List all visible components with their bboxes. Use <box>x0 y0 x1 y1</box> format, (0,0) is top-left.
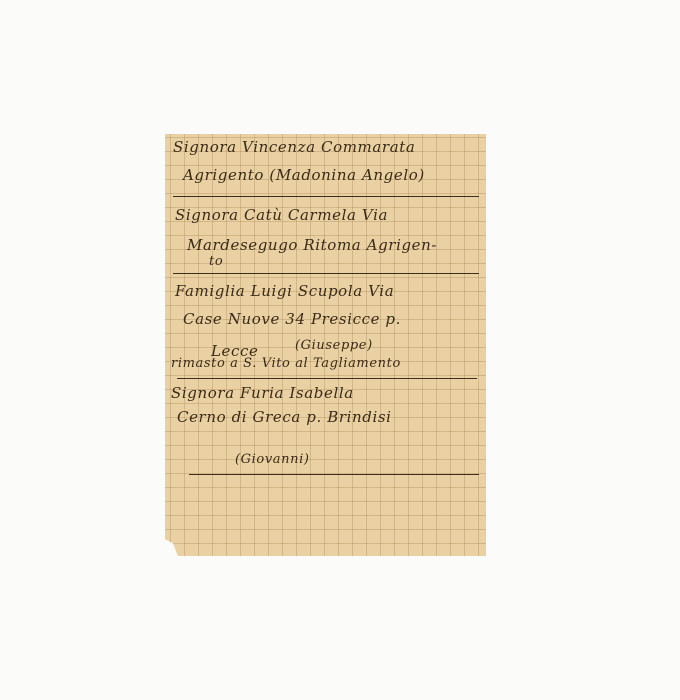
entry-4-line-1: Signora Furia Isabella <box>171 384 354 402</box>
divider-rule-3 <box>177 378 477 379</box>
entry-2-line-3: to <box>209 254 223 269</box>
entry-3-line-2: Case Nuove 34 Presicce p. <box>183 310 401 328</box>
handwritten-note-paper: Signora Vincenza Commarata Agrigento (Ma… <box>165 134 486 556</box>
entry-3-line-4: (Giuseppe) <box>295 338 373 353</box>
divider-rule-4 <box>189 474 479 475</box>
entry-1-line-1: Signora Vincenza Commarata <box>173 138 415 156</box>
entry-4-line-2: Cerno di Greca p. Brindisi <box>177 408 392 426</box>
entry-3-line-1: Famiglia Luigi Scupola Via <box>175 282 394 300</box>
divider-rule-1 <box>173 196 479 197</box>
entry-2-line-1: Signora Catù Carmela Via <box>175 206 388 224</box>
entry-1-line-2: Agrigento (Madonina Angelo) <box>183 166 425 184</box>
entry-3-line-5: rimasto a S. Vito al Tagliamento <box>171 356 401 371</box>
divider-rule-2 <box>173 273 479 274</box>
entry-2-line-2: Mardesegugo Ritoma Agrigen- <box>187 236 437 254</box>
entry-4-line-3: (Giovanni) <box>235 452 310 467</box>
